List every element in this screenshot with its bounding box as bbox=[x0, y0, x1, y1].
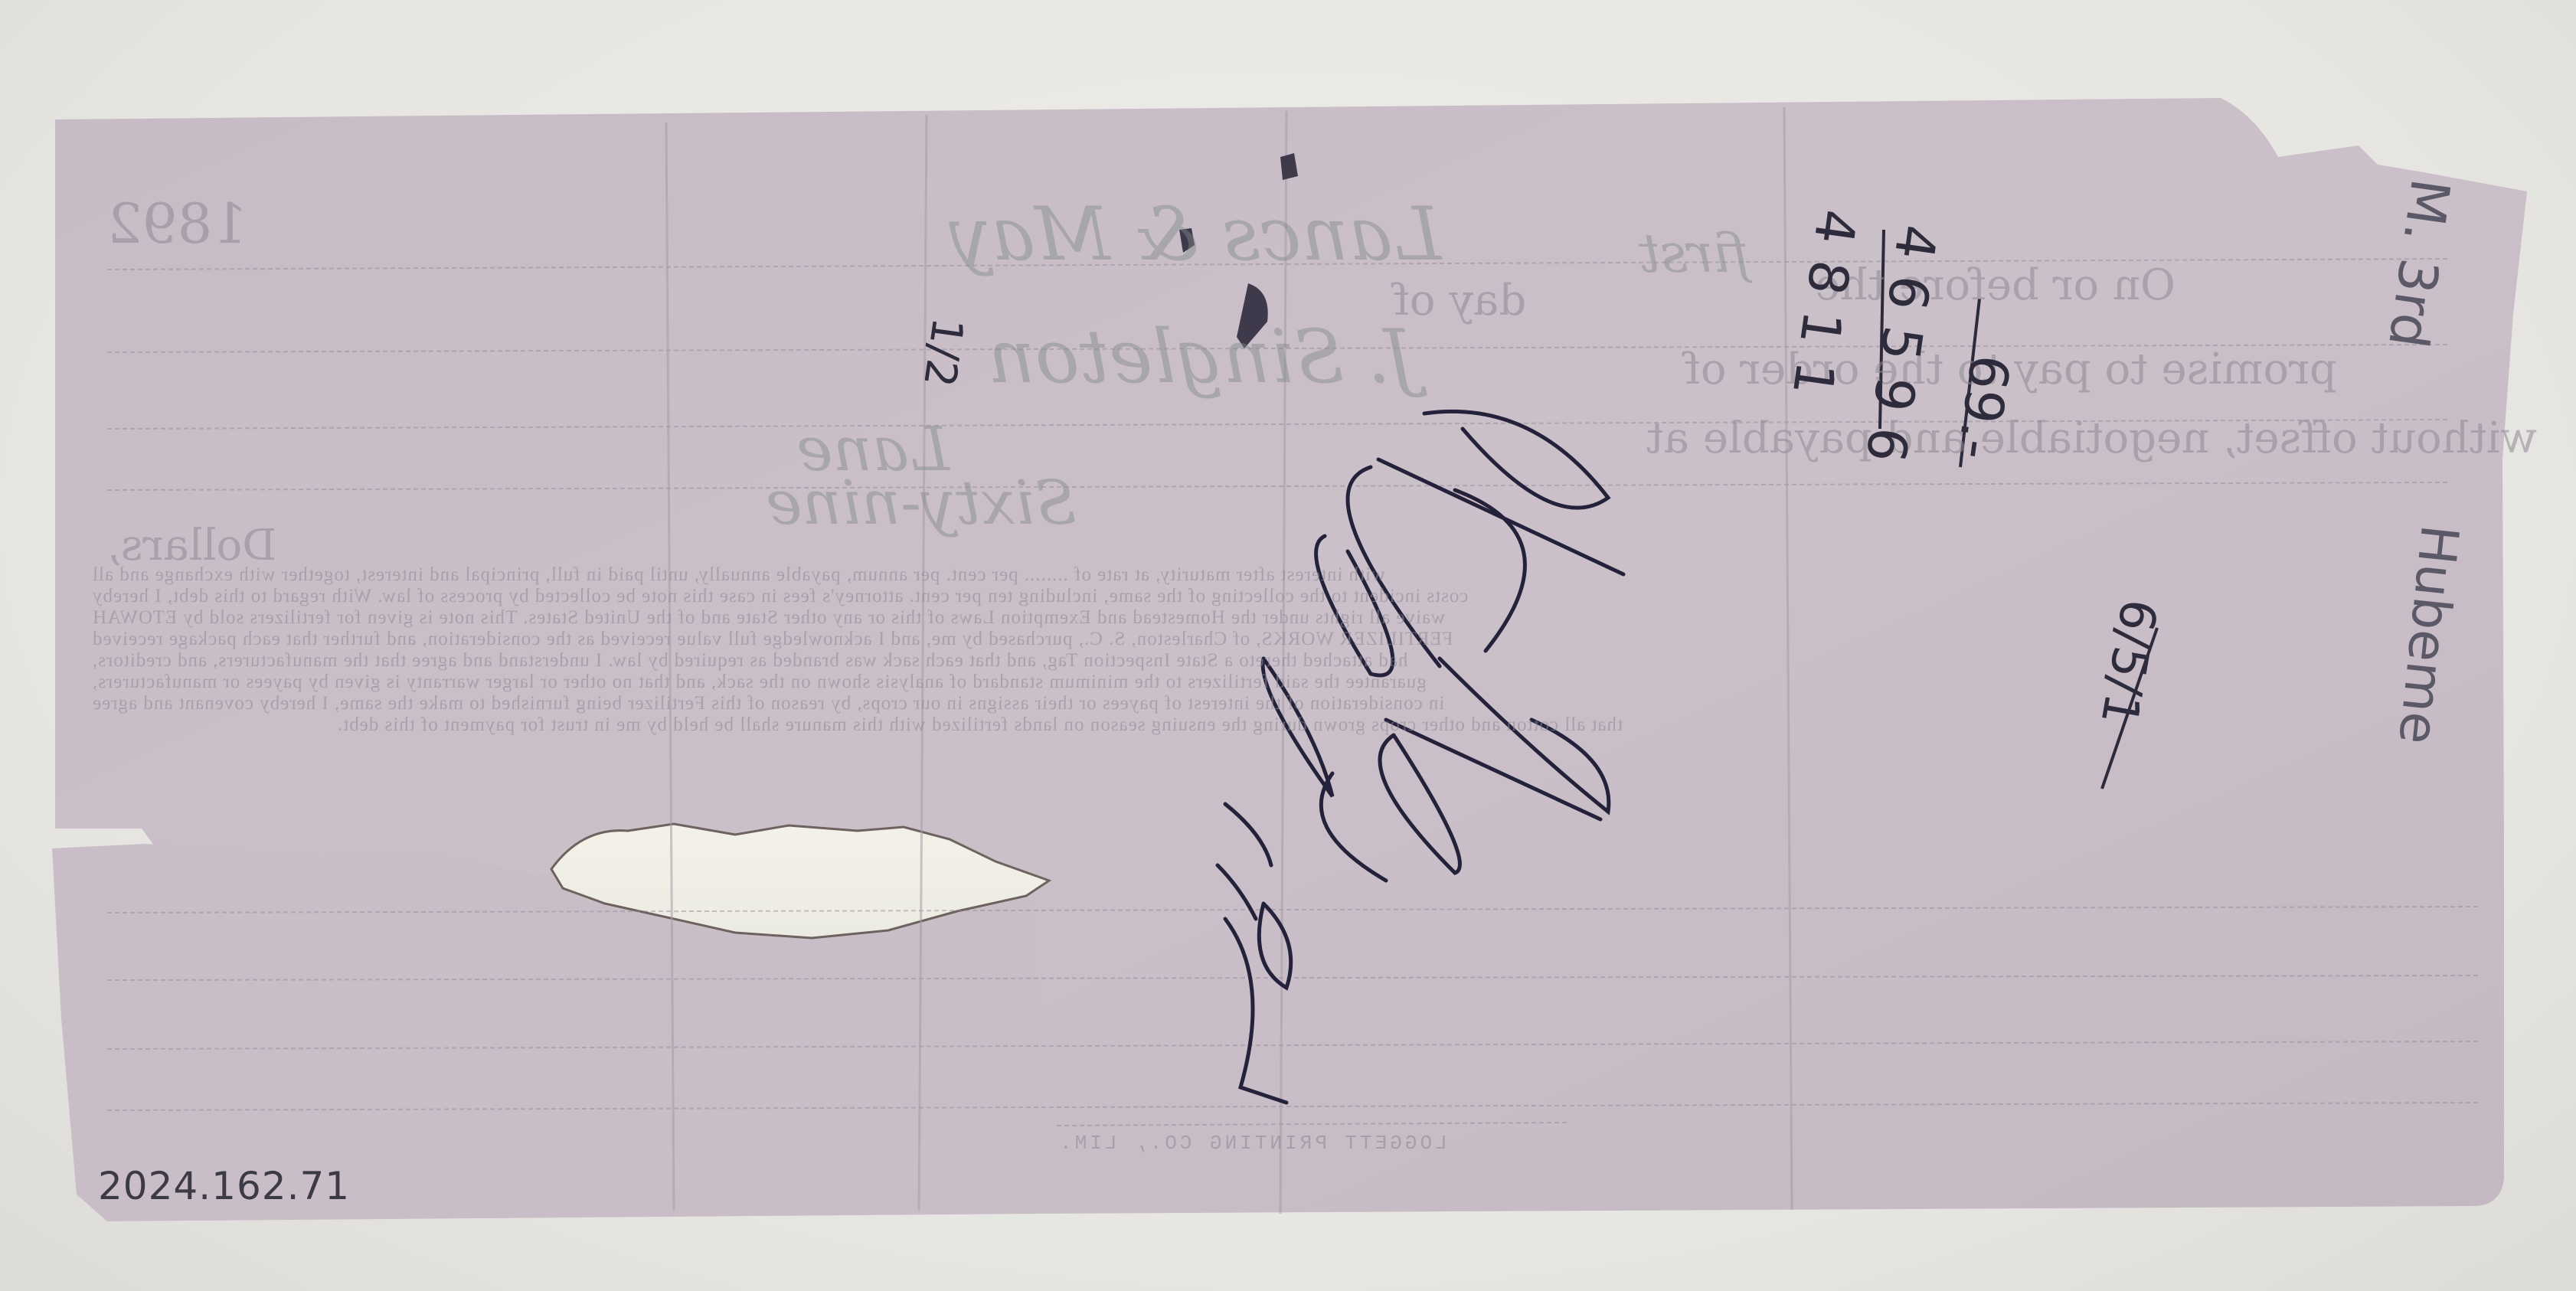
bleed-body-1: costs incident to the collecting of the … bbox=[92, 587, 1468, 606]
bleed-body-3: FERTILIZER WORKS, of Charleston, S. C., … bbox=[92, 629, 1453, 649]
printer-imprint: LOGGETT PRINTING CO., LIM. bbox=[1057, 1132, 1447, 1155]
bleed-year: 1892 bbox=[107, 191, 247, 256]
bleed-line-1: On or before the bbox=[1815, 260, 2176, 310]
bleed-body-2: waive all rights under the Homestead and… bbox=[92, 608, 1445, 628]
bleed-body-7: that all cotton and other crops grown du… bbox=[337, 715, 1623, 735]
bleed-body-5: guarantee the said fertilizers to the mi… bbox=[92, 672, 1427, 692]
accession-number: 2024.162.71 bbox=[98, 1164, 350, 1208]
ghost-handwriting-top: Lancs & May bbox=[950, 191, 1441, 277]
bleed-dollars-label: Dollars, bbox=[107, 521, 276, 570]
ghost-handwriting-payee: J. Singleton bbox=[988, 314, 1415, 400]
bleed-line-3: without offset, negotiable and payable a… bbox=[1646, 413, 2537, 463]
bleed-body-0: with interest after maturity, at rate of… bbox=[92, 565, 1385, 585]
bleed-body-4: had attached thereto a State Inspection … bbox=[92, 651, 1408, 671]
ghost-handwriting-amount: Sixty-nine bbox=[766, 467, 1077, 538]
promissory-note-paper: On or before the day of promise to pay t… bbox=[0, 0, 2576, 1291]
ghost-handwriting-date: first bbox=[1639, 222, 1749, 285]
bleed-body-6: in consideration of the interest of paye… bbox=[92, 694, 1444, 714]
ink-small-mark: 1/2 bbox=[914, 315, 973, 390]
